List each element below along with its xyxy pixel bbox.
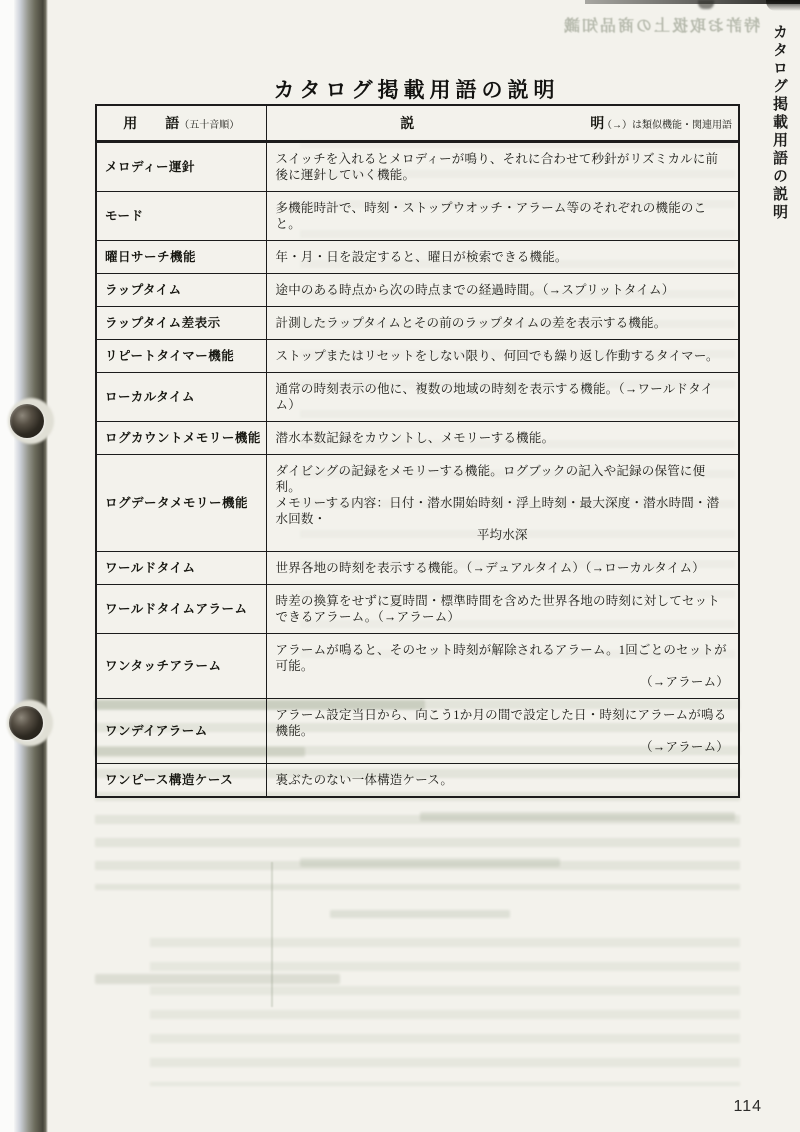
table-row: ローカルタイム通常の時刻表示の他に、複数の地域の時刻を表示する機能。（→ワールド…: [96, 373, 739, 422]
header-row: 用 語（五十音順） 説明（→）は類似機能・関連用語: [96, 105, 739, 142]
glossary-table-body: メロディー運針スイッチを入れるとメロディーが鳴り、それに合わせて秒針がリズミカル…: [96, 142, 739, 798]
desc-text-line: 潜水本数記録をカウントし、メモリーする機能。: [276, 430, 730, 446]
desc-text-line: アラーム設定当日から、向こう1か月の間で設定した日・時刻にアラームが鳴る機能。: [276, 707, 730, 739]
table-row: リピートタイマー機能ストップまたはリセットをしない限り、何回でも繰り返し作動する…: [96, 340, 739, 373]
table-row: メロディー運針スイッチを入れるとメロディーが鳴り、それに合わせて秒針がリズミカル…: [96, 142, 739, 192]
table-row: ワンデイアラームアラーム設定当日から、向こう1か月の間で設定した日・時刻にアラー…: [96, 699, 739, 764]
glossary-table-header: 用 語（五十音順） 説明（→）は類似機能・関連用語: [96, 105, 739, 142]
desc-cell: ダイビングの記録をメモリーする機能。ログブックの記入や記録の保管に便利。メモリー…: [266, 455, 739, 552]
desc-reference-note: （→アラーム）: [276, 739, 730, 755]
table-row: ワンピース構造ケース裏ぶたのない一体構造ケース。: [96, 764, 739, 798]
table-row: ログカウントメモリー機能潜水本数記録をカウントし、メモリーする機能。: [96, 422, 739, 455]
term-cell: ワンピース構造ケース: [96, 764, 266, 798]
desc-header-label-left: 説: [400, 113, 414, 133]
binding-shadow-band: [14, 0, 48, 1132]
desc-cell: 裏ぶたのない一体構造ケース。: [266, 764, 739, 798]
bleedthrough-line: [330, 910, 510, 918]
term-cell: ログデータメモリー機能: [96, 455, 266, 552]
desc-text-line: 通常の時刻表示の他に、複数の地域の時刻を表示する機能。（→ワールドタイム）: [276, 381, 730, 413]
punch-hole: [9, 706, 43, 740]
desc-text-line: アラームが鳴ると、そのセット時刻が解除されるアラーム。1回ごとのセットが可能。: [276, 642, 730, 674]
desc-text-line: 世界各地の時刻を表示する機能。（→デュアルタイム）（→ローカルタイム）: [276, 560, 730, 576]
table-row: ワールドタイム世界各地の時刻を表示する機能。（→デュアルタイム）（→ローカルタイ…: [96, 552, 739, 585]
term-cell: ラップタイム: [96, 274, 266, 307]
term-column-header: 用 語（五十音順）: [96, 105, 266, 142]
desc-text-line: ストップまたはリセットをしない限り、何回でも繰り返し作動するタイマー。: [276, 348, 730, 364]
desc-reference-note: （→アラーム）: [276, 674, 730, 690]
bleedthrough-stripes-lower: [150, 938, 740, 1086]
desc-text-line: 多機能時計で、時刻・ストップウオッチ・アラーム等のそれぞれの機能のこと。: [276, 200, 730, 232]
term-cell: メロディー運針: [96, 142, 266, 192]
table-row: モード多機能時計で、時刻・ストップウオッチ・アラーム等のそれぞれの機能のこと。: [96, 192, 739, 241]
term-cell: ワンタッチアラーム: [96, 634, 266, 699]
table-row: ラップタイム差表示計測したラップタイムとその前のラップタイムの差を表示する機能。: [96, 307, 739, 340]
glossary-table: 用 語（五十音順） 説明（→）は類似機能・関連用語 メロディー運針スイッチを入れ…: [95, 104, 740, 798]
bleedthrough-title: 特許お取扱上の商品知識: [545, 13, 760, 36]
desc-cell: 世界各地の時刻を表示する機能。（→デュアルタイム）（→ローカルタイム）: [266, 552, 739, 585]
desc-column-header: 説明（→）は類似機能・関連用語: [266, 105, 739, 142]
desc-cell: アラーム設定当日から、向こう1か月の間で設定した日・時刻にアラームが鳴る機能。（…: [266, 699, 739, 764]
term-header-label: 用 語: [123, 117, 179, 132]
desc-text-line: 計測したラップタイムとその前のラップタイムの差を表示する機能。: [276, 315, 730, 331]
term-cell: リピートタイマー機能: [96, 340, 266, 373]
desc-text-line: スイッチを入れるとメロディーが鳴り、それに合わせて秒針がリズミカルに前後に運針し…: [276, 151, 730, 183]
desc-text-line: メモリーする内容：日付・潜水開始時刻・浮上時刻・最大深度・潜水時間・潜水回数・: [276, 495, 730, 527]
table-row: ワンタッチアラームアラームが鳴ると、そのセット時刻が解除されるアラーム。1回ごと…: [96, 634, 739, 699]
desc-text-line: 時差の換算をせずに夏時間・標準時間を含めた世界各地の時刻に対してセットできるアラ…: [276, 593, 730, 625]
scan-top-blob: [698, 0, 714, 9]
page-number: 114: [733, 1098, 762, 1116]
desc-text-line: 途中のある時点から次の時点までの経過時間。（→スプリットタイム）: [276, 282, 730, 298]
table-row: ワールドタイムアラーム時差の換算をせずに夏時間・標準時間を含めた世界各地の時刻に…: [96, 585, 739, 634]
bleedthrough-line: [420, 812, 735, 821]
desc-cell: 多機能時計で、時刻・ストップウオッチ・アラーム等のそれぞれの機能のこと。: [266, 192, 739, 241]
side-tab-vertical-title: カタログ掲載用語の説明: [769, 24, 790, 254]
desc-cell: ストップまたはリセットをしない限り、何回でも繰り返し作動するタイマー。: [266, 340, 739, 373]
desc-centered-line: 平均水深: [276, 527, 730, 543]
table-row: 曜日サーチ機能年・月・日を設定すると、曜日が検索できる機能。: [96, 241, 739, 274]
desc-cell: 時差の換算をせずに夏時間・標準時間を含めた世界各地の時刻に対してセットできるアラ…: [266, 585, 739, 634]
term-header-note: （五十音順）: [179, 120, 239, 131]
desc-text-line: 年・月・日を設定すると、曜日が検索できる機能。: [276, 249, 730, 265]
term-cell: 曜日サーチ機能: [96, 241, 266, 274]
desc-text-line: ダイビングの記録をメモリーする機能。ログブックの記入や記録の保管に便利。: [276, 463, 730, 495]
desc-cell: 途中のある時点から次の時点までの経過時間。（→スプリットタイム）: [266, 274, 739, 307]
scan-top-corner-shadow: [766, 0, 800, 11]
term-cell: ワンデイアラーム: [96, 699, 266, 764]
bleedthrough-line: [300, 858, 560, 867]
table-row: ログデータメモリー機能ダイビングの記録をメモリーする機能。ログブックの記入や記録…: [96, 455, 739, 552]
punch-hole: [10, 404, 44, 438]
term-cell: モード: [96, 192, 266, 241]
bleedthrough-vertical-rule: [271, 862, 273, 1007]
desc-cell: アラームが鳴ると、そのセット時刻が解除されるアラーム。1回ごとのセットが可能。（…: [266, 634, 739, 699]
term-cell: ログカウントメモリー機能: [96, 422, 266, 455]
desc-cell: 年・月・日を設定すると、曜日が検索できる機能。: [266, 241, 739, 274]
desc-text-line: 裏ぶたのない一体構造ケース。: [276, 772, 730, 788]
desc-header-note: （→）は類似機能・関連用語: [602, 116, 732, 131]
bleedthrough-line: [95, 974, 340, 984]
term-cell: ワールドタイム: [96, 552, 266, 585]
page-title: カタログ掲載用語の説明: [95, 74, 738, 104]
table-row: ラップタイム途中のある時点から次の時点までの経過時間。（→スプリットタイム）: [96, 274, 739, 307]
term-cell: ローカルタイム: [96, 373, 266, 422]
desc-cell: 通常の時刻表示の他に、複数の地域の時刻を表示する機能。（→ワールドタイム）: [266, 373, 739, 422]
scanned-catalog-page: { "page": { "title": "カタログ掲載用語の説明", "sid…: [0, 0, 800, 1132]
term-cell: ワールドタイムアラーム: [96, 585, 266, 634]
term-cell: ラップタイム差表示: [96, 307, 266, 340]
desc-cell: スイッチを入れるとメロディーが鳴り、それに合わせて秒針がリズミカルに前後に運針し…: [266, 142, 739, 192]
desc-cell: 潜水本数記録をカウントし、メモリーする機能。: [266, 422, 739, 455]
desc-cell: 計測したラップタイムとその前のラップタイムの差を表示する機能。: [266, 307, 739, 340]
